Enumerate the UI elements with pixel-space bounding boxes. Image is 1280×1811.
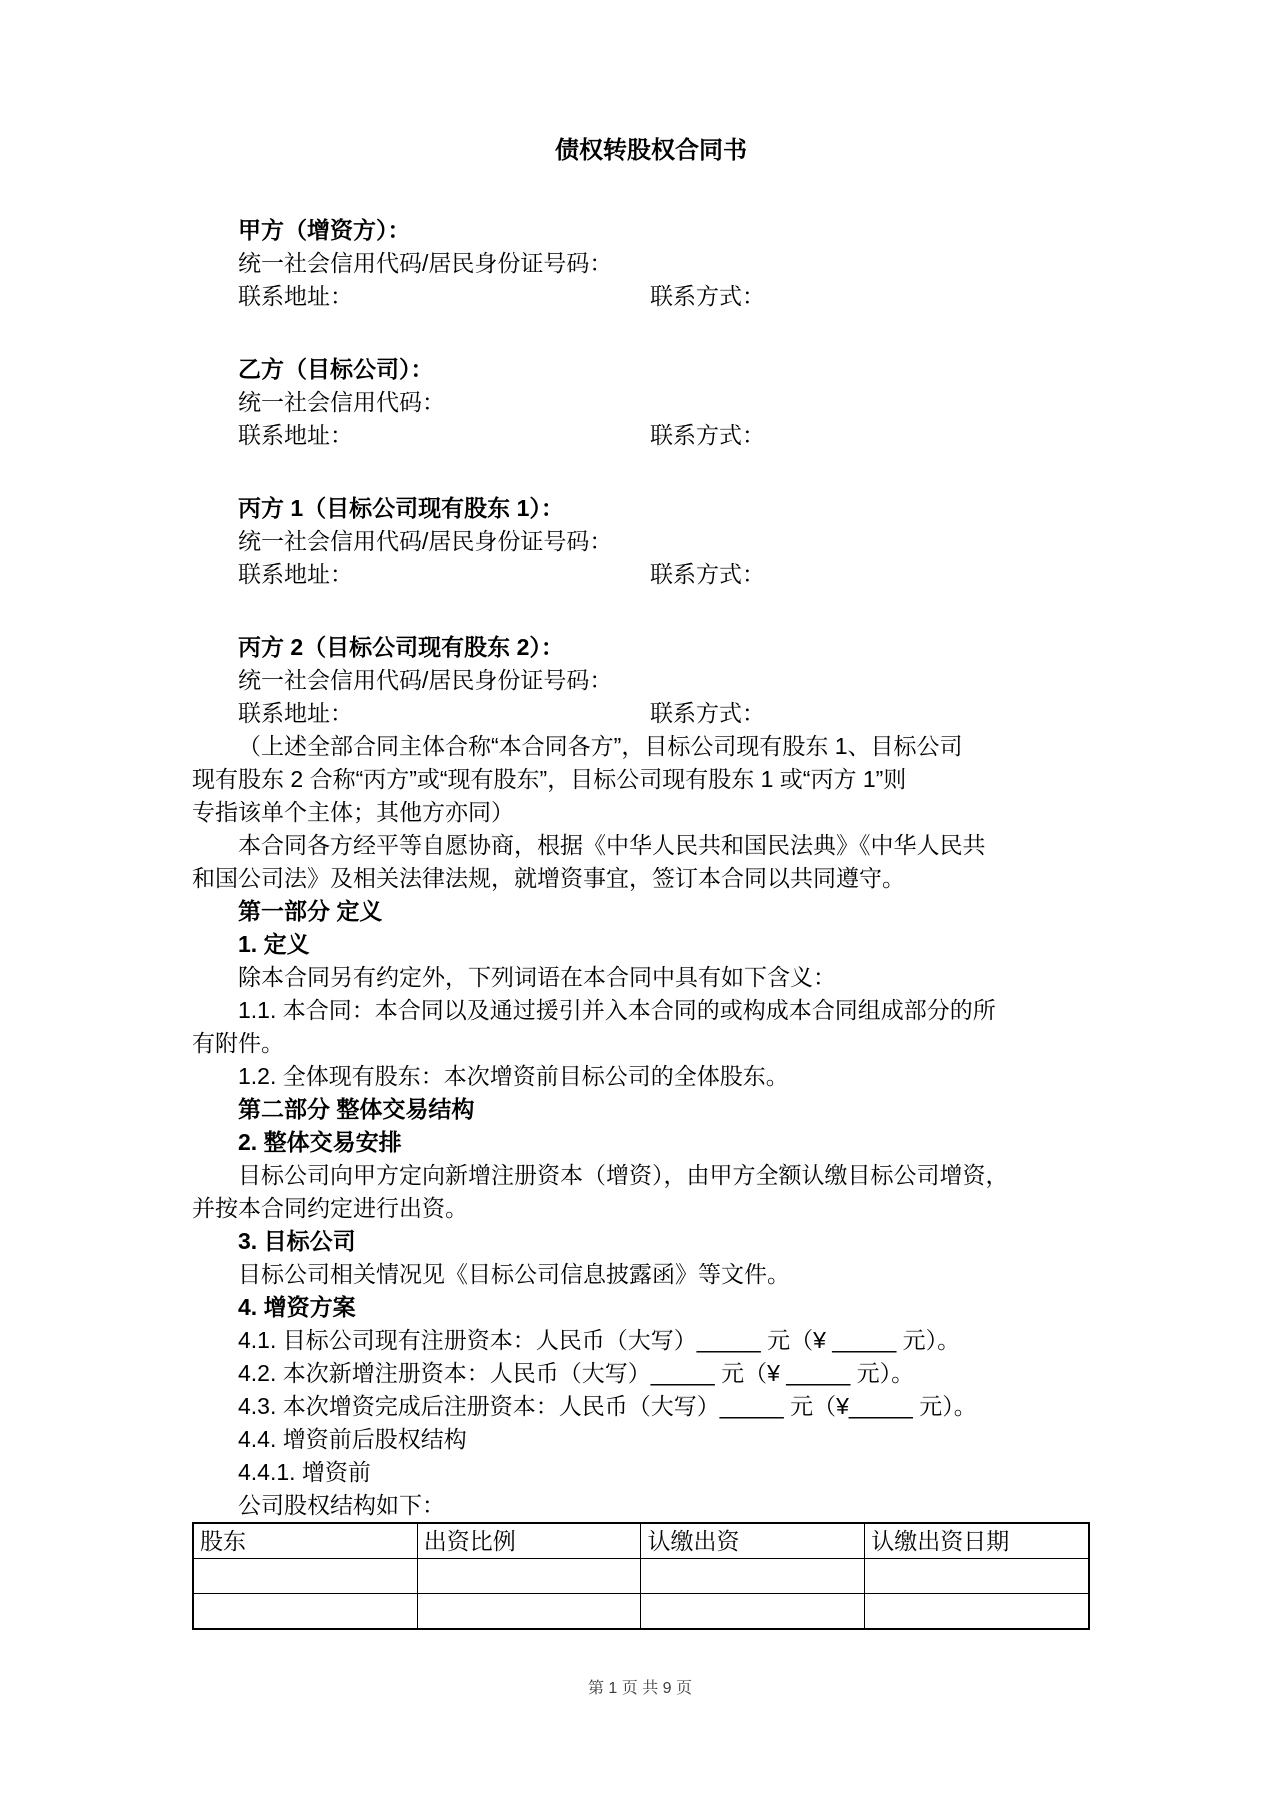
document-page: 债权转股权合同书 甲方（增资方）： 统一社会信用代码/居民身份证号码： 联系地址… bbox=[0, 0, 1280, 1811]
doc-line: 4.1. 目标公司现有注册资本：人民币（大写）_____ 元（¥ _____ 元… bbox=[192, 1324, 1110, 1357]
doc-line: 3. 目标公司 bbox=[192, 1225, 1110, 1258]
party-block-bingfang-2: 丙方 2（目标公司现有股东 2）： 统一社会信用代码/居民身份证号码： 联系地址… bbox=[192, 631, 1110, 730]
doc-line: 本合同各方经平等自愿协商，根据《中华人民共和国民法典》《中华人民共 bbox=[192, 829, 1110, 862]
party-contact-line: 联系地址： 联系方式： bbox=[192, 697, 1110, 730]
table-header-ratio: 出资比例 bbox=[417, 1523, 641, 1559]
party-header: 乙方（目标公司）： bbox=[192, 353, 1110, 386]
doc-line: 4.4.1. 增资前 bbox=[192, 1456, 1110, 1489]
party-contact-label: 联系方式： bbox=[650, 697, 765, 730]
party-header: 丙方 1（目标公司现有股东 1）： bbox=[192, 492, 1110, 525]
doc-line: 1. 定义 bbox=[192, 928, 1110, 961]
doc-line: 除本合同另有约定外，下列词语在本合同中具有如下含义： bbox=[192, 961, 1110, 994]
party-contact-label: 联系方式： bbox=[650, 280, 765, 313]
party-address-label: 联系地址： bbox=[238, 283, 353, 309]
party-address-label: 联系地址： bbox=[238, 422, 353, 448]
table-cell bbox=[193, 1559, 417, 1594]
doc-line: 4.2. 本次新增注册资本：人民币（大写）_____ 元（¥ _____ 元）。 bbox=[192, 1357, 1110, 1390]
doc-line: 4.4. 增资前后股权结构 bbox=[192, 1423, 1110, 1456]
doc-line: 现有股东 2 合称“丙方”或“现有股东”，目标公司现有股东 1 或“丙方 1”则 bbox=[192, 763, 1110, 796]
doc-line: 第一部分 定义 bbox=[192, 895, 1110, 928]
doc-line: 2. 整体交易安排 bbox=[192, 1126, 1110, 1159]
doc-line: 4. 增资方案 bbox=[192, 1291, 1110, 1324]
doc-line: 目标公司向甲方定向新增注册资本（增资），由甲方全额认缴目标公司增资， bbox=[192, 1159, 1110, 1192]
party-credit-code-label: 统一社会信用代码/居民身份证号码： bbox=[192, 247, 1110, 280]
table-cell bbox=[865, 1594, 1089, 1630]
table-cell bbox=[641, 1559, 865, 1594]
doc-line: 和国公司法》及相关法律法规，就增资事宜，签订本合同以共同遵守。 bbox=[192, 862, 1110, 895]
doc-line: 1.2. 全体现有股东：本次增资前目标公司的全体股东。 bbox=[192, 1060, 1110, 1093]
table-cell bbox=[193, 1594, 417, 1630]
table-cell bbox=[865, 1559, 1089, 1594]
document-content: 债权转股权合同书 甲方（增资方）： 统一社会信用代码/居民身份证号码： 联系地址… bbox=[192, 134, 1110, 1630]
doc-line: 专指该单个主体；其他方亦同） bbox=[192, 796, 1110, 829]
party-address-label: 联系地址： bbox=[238, 561, 353, 587]
doc-line: （上述全部合同主体合称“本合同各方”，目标公司现有股东 1、目标公司 bbox=[192, 730, 1110, 763]
table-row bbox=[193, 1594, 1089, 1630]
party-contact-label: 联系方式： bbox=[650, 558, 765, 591]
party-credit-code-label: 统一社会信用代码/居民身份证号码： bbox=[192, 664, 1110, 697]
party-contact-line: 联系地址： 联系方式： bbox=[192, 280, 1110, 313]
doc-line: 有附件。 bbox=[192, 1027, 1110, 1060]
doc-line: 公司股权结构如下： bbox=[192, 1489, 1110, 1522]
party-block-jiafang: 甲方（增资方）： 统一社会信用代码/居民身份证号码： 联系地址： 联系方式： bbox=[192, 214, 1110, 313]
doc-line: 第二部分 整体交易结构 bbox=[192, 1093, 1110, 1126]
party-header: 甲方（增资方）： bbox=[192, 214, 1110, 247]
party-block-bingfang-1: 丙方 1（目标公司现有股东 1）： 统一社会信用代码/居民身份证号码： 联系地址… bbox=[192, 492, 1110, 591]
table-header-shareholder: 股东 bbox=[193, 1523, 417, 1559]
table-header-date: 认缴出资日期 bbox=[865, 1523, 1089, 1559]
party-header: 丙方 2（目标公司现有股东 2）： bbox=[192, 631, 1110, 664]
equity-structure-table: 股东 出资比例 认缴出资 认缴出资日期 bbox=[192, 1522, 1090, 1630]
table-cell bbox=[417, 1594, 641, 1630]
party-credit-code-label: 统一社会信用代码/居民身份证号码： bbox=[192, 525, 1110, 558]
contract-body: （上述全部合同主体合称“本合同各方”，目标公司现有股东 1、目标公司现有股东 2… bbox=[192, 730, 1110, 1522]
doc-line: 1.1. 本合同：本合同以及通过援引并入本合同的或构成本合同组成部分的所 bbox=[192, 994, 1110, 1027]
party-contact-line: 联系地址： 联系方式： bbox=[192, 419, 1110, 452]
party-address-label: 联系地址： bbox=[238, 700, 353, 726]
table-cell bbox=[641, 1594, 865, 1630]
page-number-footer: 第 1 页 共 9 页 bbox=[0, 1678, 1280, 1700]
table-header-subscribed: 认缴出资 bbox=[641, 1523, 865, 1559]
table-row bbox=[193, 1559, 1089, 1594]
doc-line: 并按本合同约定进行出资。 bbox=[192, 1192, 1110, 1225]
table-header-row: 股东 出资比例 认缴出资 认缴出资日期 bbox=[193, 1523, 1089, 1559]
party-block-yifang: 乙方（目标公司）： 统一社会信用代码： 联系地址： 联系方式： bbox=[192, 353, 1110, 452]
doc-line: 目标公司相关情况见《目标公司信息披露函》等文件。 bbox=[192, 1258, 1110, 1291]
party-credit-code-label: 统一社会信用代码： bbox=[192, 386, 1110, 419]
table-cell bbox=[417, 1559, 641, 1594]
doc-line: 4.3. 本次增资完成后注册资本：人民币（大写）_____ 元（¥_____ 元… bbox=[192, 1390, 1110, 1423]
party-contact-label: 联系方式： bbox=[650, 419, 765, 452]
party-contact-line: 联系地址： 联系方式： bbox=[192, 558, 1110, 591]
document-title: 债权转股权合同书 bbox=[192, 134, 1110, 168]
